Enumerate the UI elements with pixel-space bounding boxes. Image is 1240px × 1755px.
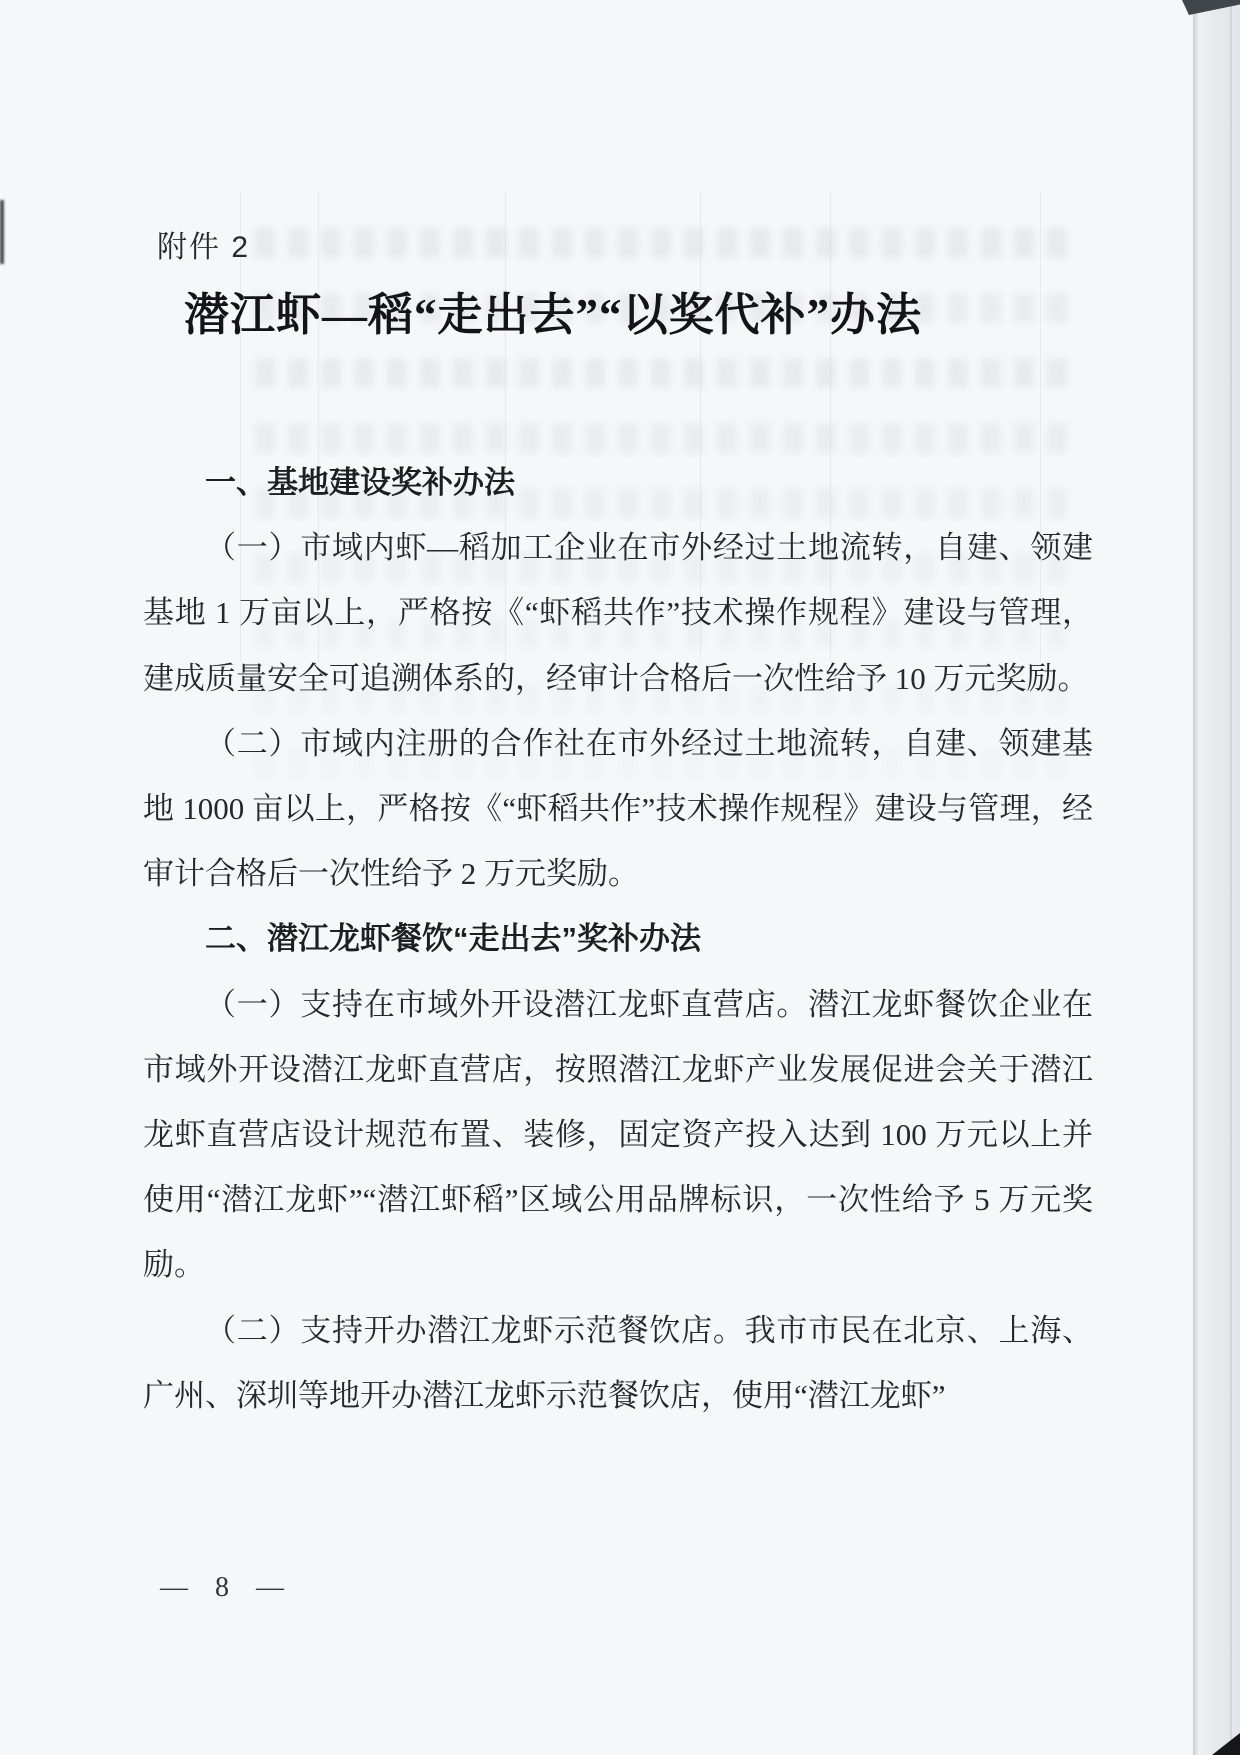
- bleedthrough-row: [255, 228, 1080, 258]
- scan-edge-line: [1230, 0, 1232, 1755]
- bleedthrough-row: [255, 358, 1080, 388]
- section-1-heading: 一、基地建设奖补办法: [143, 450, 1093, 515]
- attachment-label: 附件 2: [157, 222, 250, 266]
- page-number: — 8 —: [160, 1572, 286, 1604]
- document-body: 一、基地建设奖补办法 （一）市域内虾—稻加工企业在市外经过土地流转，自建、领建基…: [143, 450, 1093, 1428]
- section-2-paragraph-2: （二）支持开办潜江龙虾示范餐饮店。我市市民在北京、上海、广州、深圳等地开办潜江龙…: [143, 1298, 1093, 1428]
- section-2-paragraph-1: （一）支持在市域外开设潜江龙虾直营店。潜江龙虾餐饮企业在市域外开设潜江龙虾直营店…: [143, 972, 1093, 1298]
- section-2-heading: 二、潜江龙虾餐饮“走出去”奖补办法: [143, 906, 1093, 971]
- scan-mark-left-edge: [0, 200, 4, 264]
- section-1-paragraph-2: （二）市域内注册的合作社在市外经过土地流转，自建、领建基地 1000 亩以上，严…: [143, 711, 1093, 907]
- scan-edge-band: [1193, 0, 1240, 1755]
- bleedthrough-row: [255, 423, 1080, 453]
- scanned-document-page: 附件 2 潜江虾—稻“走出去”“以奖代补”办法 一、基地建设奖补办法 （一）市域…: [0, 0, 1240, 1755]
- document-title: 潜江虾—稻“走出去”“以奖代补”办法: [78, 278, 1028, 343]
- section-1-paragraph-1: （一）市域内虾—稻加工企业在市外经过土地流转，自建、领建基地 1 万亩以上，严格…: [143, 515, 1093, 711]
